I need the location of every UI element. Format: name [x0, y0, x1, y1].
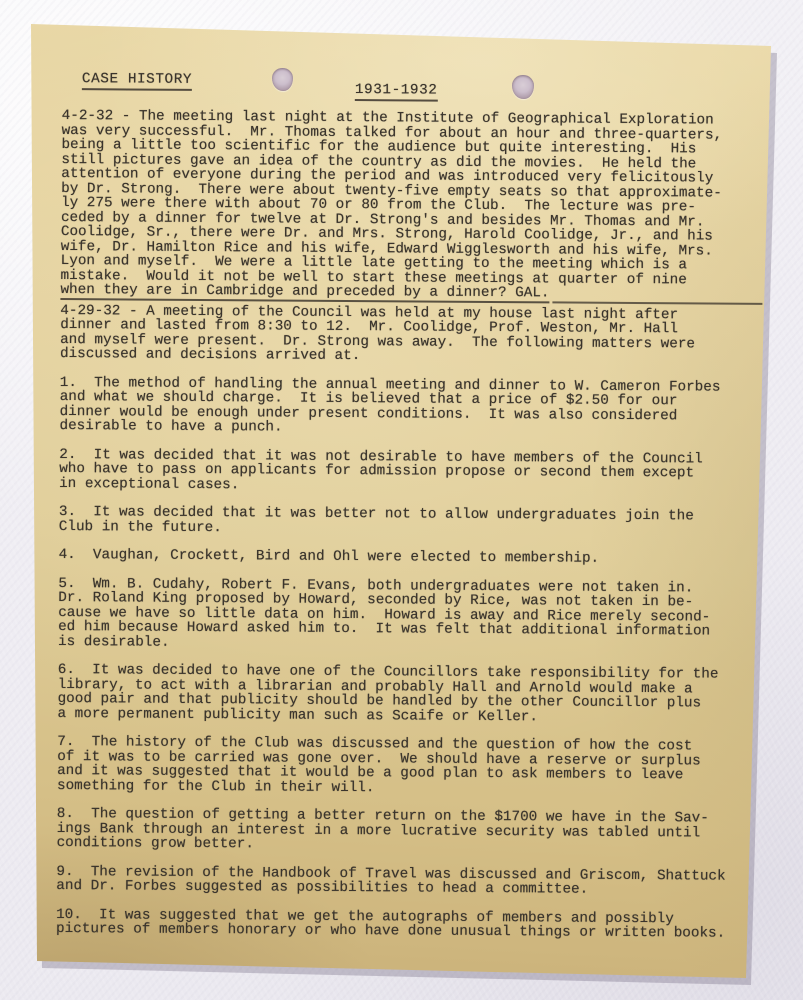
underlined-text: when they are in Cambridge and preceded …: [60, 283, 549, 303]
minute-item-4: 4. Vaughan, Crockett, Bird and Ohl were …: [59, 548, 761, 567]
minute-item-2: 2. It was decided that it was not desira…: [59, 447, 761, 495]
text-line: pictures of members honorary or who have…: [56, 922, 758, 941]
document-body: 4-2-32 - The meeting last night at the I…: [56, 109, 764, 941]
minute-item-8: 8. The question of getting a better retu…: [57, 807, 759, 855]
minute-item-10: 10. It was suggested that we get the aut…: [56, 907, 758, 941]
minute-item-3: 3. It was decided that it was better not…: [59, 505, 761, 539]
ruled-line: [552, 286, 762, 304]
document-header: CASE HISTORY 1931-1932: [62, 72, 764, 95]
minute-item-1: 1. The method of handling the annual mee…: [59, 375, 761, 438]
date-range-title: 1931-1932: [355, 83, 438, 101]
minute-item-9: 9. The revision of the Handbook of Trave…: [56, 864, 758, 898]
typewritten-text: CASE HISTORY 1931-1932 4-2-32 - The meet…: [56, 72, 764, 955]
entry-4-2-32: 4-2-32 - The meeting last night at the I…: [60, 109, 763, 304]
text-line: 4. Vaughan, Crockett, Bird and Ohl were …: [59, 548, 761, 567]
minute-item-6: 6. It was decided to have one of the Cou…: [57, 663, 759, 726]
page-title: CASE HISTORY: [82, 72, 192, 90]
entry-4-29-32: 4-29-32 - A meeting of the Council was h…: [60, 303, 762, 366]
text-line: when they are in Cambridge and preceded …: [60, 283, 762, 304]
minute-item-5: 5. Wm. B. Cudahy, Robert F. Evans, both …: [58, 576, 760, 653]
minute-item-7: 7. The history of the Club was discussed…: [57, 735, 759, 798]
photo-of-document: CASE HISTORY 1931-1932 4-2-32 - The meet…: [0, 0, 803, 1000]
